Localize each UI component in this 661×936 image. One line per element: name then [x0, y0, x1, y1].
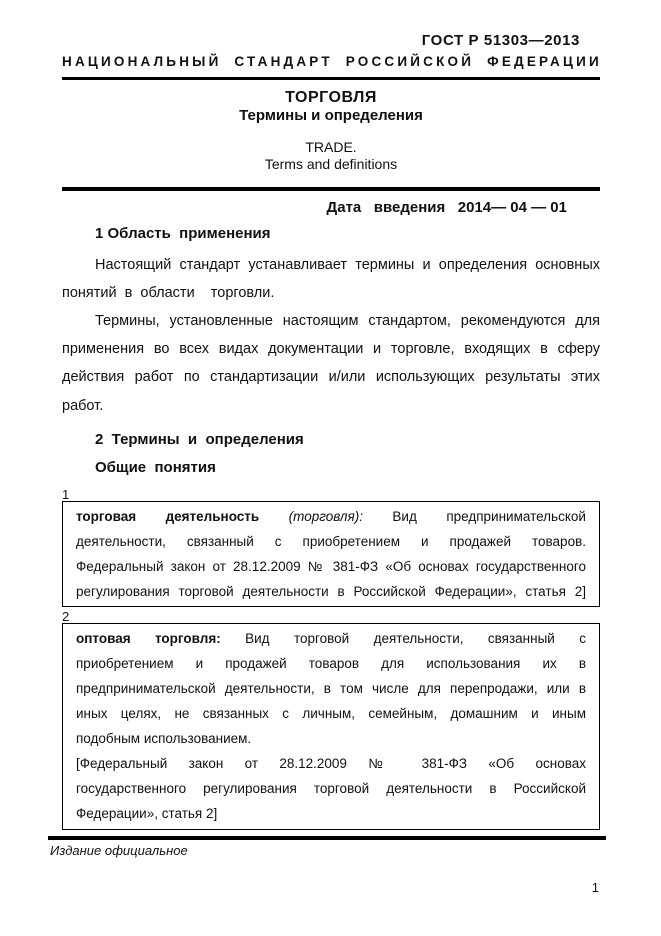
terms-subheading: Общие понятия	[62, 460, 600, 476]
term-definition-box-2: оптовая торговля: Вид торговой деятельно…	[62, 623, 600, 829]
standard-header: НАЦИОНАЛЬНЫЙ СТАНДАРТ РОССИЙСКОЙ ФЕДЕРАЦ…	[62, 54, 600, 80]
doc-subtitle-en: Terms and definitions	[62, 157, 600, 172]
text-line: иных целях, не связанных с личным, семей…	[76, 701, 586, 726]
section-2-heading: 2 Термины и определения	[62, 432, 600, 448]
text-line: Федеральный закон от 28.12.2009 № 381-ФЗ…	[76, 554, 586, 579]
edition-note: Издание официальное	[50, 844, 188, 858]
text-line: предпринимательской деятельности, в том …	[76, 676, 586, 701]
introduction-date: Дата введения 2014— 04 — 01	[62, 200, 600, 216]
text-line: применения во всех видах документации и …	[62, 335, 600, 363]
text-line: Федерации», статья 2]	[76, 801, 586, 826]
text-line: торговая деятельность (торговля): Вид пр…	[76, 504, 586, 529]
footer-rule	[48, 836, 606, 840]
document-page: ГОСТ Р 51303—2013 НАЦИОНАЛЬНЫЙ СТАНДАРТ …	[0, 0, 661, 936]
text-line: приобретением и продажей товаров для исп…	[76, 651, 586, 676]
doc-code: ГОСТ Р 51303—2013	[62, 33, 600, 48]
scope-paragraphs: Настоящий стандарт устанавливает термины…	[62, 251, 600, 420]
text-line: государственного регулирования торговой …	[76, 776, 586, 801]
text-line: Термины, установленные настоящим стандар…	[62, 307, 600, 335]
section-divider-rule	[62, 187, 600, 191]
doc-title-en: TRADE.	[62, 140, 600, 155]
term-entry-number-1: 1	[62, 488, 600, 501]
text-line: работ.	[62, 392, 600, 420]
text-line: оптовая торговля: Вид торговой деятельно…	[76, 626, 586, 651]
page-number: 1	[592, 881, 599, 895]
text-line: понятий в области торговли.	[62, 279, 600, 307]
text-line: действия работ по стандартизации и/или и…	[62, 363, 600, 391]
section-1-heading: 1 Область применения	[62, 226, 600, 242]
text-line: подобным использованием.	[76, 726, 586, 751]
doc-subtitle: Термины и определения	[62, 108, 600, 124]
text-line: Настоящий стандарт устанавливает термины…	[62, 251, 600, 279]
doc-title: ТОРГОВЛЯ	[62, 89, 600, 106]
text-line: деятельности, связанный с приобретением …	[76, 529, 586, 554]
text-line: [Федеральный закон от 28.12.2009 № 381-Ф…	[76, 751, 586, 776]
text-line: регулирования торговой деятельности в Ро…	[76, 579, 586, 604]
term-definition-box-1: торговая деятельность (торговля): Вид пр…	[62, 501, 600, 607]
term-entry-number-2: 2	[62, 610, 600, 623]
